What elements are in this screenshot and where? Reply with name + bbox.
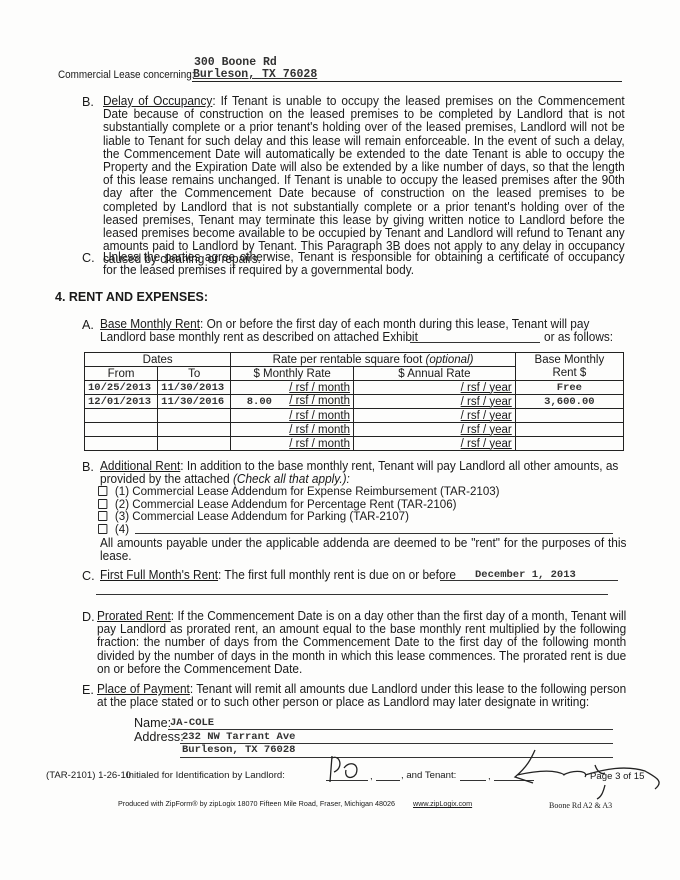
header-to: To — [158, 367, 231, 381]
payee-name-value: JA-COLE — [170, 717, 214, 729]
landlord-initials-signature — [326, 750, 376, 785]
para-4e-place-of-payment: Place of Payment: Tenant will remit all … — [97, 683, 626, 709]
lease-concerning-label: Commercial Lease concerning: — [58, 69, 194, 81]
base-rent-cell[interactable] — [515, 423, 623, 437]
to-date-cell[interactable]: 11/30/2013 — [158, 381, 231, 395]
addendum-option-3[interactable]: (3) Commercial Lease Addendum for Parkin… — [98, 510, 500, 523]
first-rent-continuation-line — [96, 594, 608, 595]
checkbox-icon[interactable] — [98, 499, 107, 509]
payee-address-line1: 232 NW Tarrant Ave — [182, 731, 295, 743]
addenda-checklist: (1) Commercial Lease Addendum for Expens… — [98, 485, 500, 535]
header-from: From — [85, 367, 158, 381]
header-monthly-rate: $ Monthly Rate — [231, 367, 354, 381]
para-4c-letter: C. — [82, 569, 95, 583]
monthly-rate-cell[interactable]: / rsf / month — [231, 381, 354, 395]
produced-by-text: Produced with ZipForm® by zipLogix 18070… — [118, 799, 395, 808]
property-address-line2: Burleson, TX 76028 — [193, 68, 317, 81]
tenant-initials-signature — [505, 745, 675, 800]
monthly-rate-cell[interactable]: / rsf / month — [231, 437, 354, 451]
first-rent-date-value: December 1, 2013 — [475, 569, 576, 581]
tenant-initials-label: , and Tenant: — [401, 770, 456, 781]
checkbox-icon[interactable] — [98, 486, 107, 496]
from-date-cell[interactable]: 12/01/2013 — [85, 395, 158, 409]
payee-name-label: Name: — [134, 716, 171, 730]
header-dates: Dates — [85, 353, 231, 367]
base-rent-cell[interactable] — [515, 437, 623, 451]
monthly-rate-cell[interactable]: / rsf / month — [231, 423, 354, 437]
to-date-cell[interactable]: 11/30/2016 — [158, 395, 231, 409]
para-3c-letter: C. — [82, 251, 95, 265]
to-date-cell[interactable] — [158, 409, 231, 423]
para-4a-letter: A. — [82, 318, 94, 332]
monthly-rate-cell[interactable]: / rsf / month — [231, 409, 354, 423]
landlord-initials-field-2[interactable] — [376, 780, 400, 781]
para-4b-letter: B. — [82, 460, 94, 474]
from-date-cell[interactable] — [85, 409, 158, 423]
monthly-rate-cell[interactable]: 8.00/ rsf / month — [231, 395, 354, 409]
base-rent-cell[interactable] — [515, 409, 623, 423]
para-3b-title: Delay of Occupancy — [103, 94, 212, 108]
annual-rate-cell[interactable]: / rsf / year — [353, 423, 515, 437]
checkbox-icon[interactable] — [98, 524, 107, 534]
from-date-cell[interactable] — [85, 437, 158, 451]
para-4e-letter: E. — [82, 683, 94, 697]
ziplogix-link[interactable]: www.zipLogix.com — [413, 799, 472, 808]
para-4d-prorated-rent: Prorated Rent: If the Commencement Date … — [97, 610, 626, 676]
para-4b-title: Additional Rent — [100, 459, 180, 473]
para-4b-footer: All amounts payable under the applicable… — [100, 537, 626, 563]
to-date-cell[interactable] — [158, 423, 231, 437]
para-4d-letter: D. — [82, 610, 95, 624]
payee-address-label: Address: — [134, 730, 184, 744]
annual-rate-cell[interactable]: / rsf / year — [353, 437, 515, 451]
para-4a-title: Base Monthly Rent — [100, 317, 200, 331]
landlord-initials-label: Initialed for Identification by Landlord… — [126, 770, 285, 781]
para-4c-title: First Full Month's Rent — [100, 568, 218, 582]
para-3c-text: Unless the parties agree otherwise, Tena… — [103, 251, 625, 277]
header-rule — [192, 81, 622, 82]
header-rate-group: Rate per rentable square foot (optional) — [231, 353, 515, 367]
para-4d-title: Prorated Rent — [97, 609, 171, 623]
para-3b-text: : If Tenant is unable to occupy the leas… — [103, 94, 625, 266]
annual-rate-cell[interactable]: / rsf / year — [353, 381, 515, 395]
header-base-rent: Base MonthlyRent $ — [515, 353, 623, 381]
base-rent-cell[interactable]: 3,600.00 — [515, 395, 623, 409]
file-reference: Boone Rd A2 & A3 — [549, 801, 612, 810]
annual-rate-cell[interactable]: / rsf / year — [353, 409, 515, 423]
rent-schedule-table: Dates Rate per rentable square foot (opt… — [84, 352, 624, 451]
section-4-heading: 4. RENT AND EXPENSES: — [55, 290, 208, 304]
from-date-cell[interactable] — [85, 423, 158, 437]
rent-table-row: / rsf / month/ rsf / year — [85, 423, 624, 437]
payee-name-field[interactable] — [168, 729, 613, 730]
tenant-initials-field-1[interactable] — [460, 780, 486, 781]
payee-address-line2: Burleson, TX 76028 — [182, 744, 295, 756]
exhibit-field[interactable] — [410, 342, 540, 343]
rent-table-row: / rsf / month/ rsf / year — [85, 437, 624, 451]
to-date-cell[interactable] — [158, 437, 231, 451]
annual-rate-cell[interactable]: / rsf / year — [353, 395, 515, 409]
checkbox-icon[interactable] — [98, 511, 107, 521]
comma-separator: , — [488, 771, 491, 782]
rent-table-row: / rsf / month/ rsf / year — [85, 409, 624, 423]
addendum-4-field[interactable] — [135, 533, 613, 534]
rent-table-row: 10/25/201311/30/2013/ rsf / month/ rsf /… — [85, 381, 624, 395]
para-4a-or-as-follows: or as follows: — [544, 331, 613, 344]
para-3b-delay-of-occupancy: Delay of Occupancy: If Tenant is unable … — [103, 95, 625, 267]
from-date-cell[interactable]: 10/25/2013 — [85, 381, 158, 395]
para-4e-title: Place of Payment — [97, 682, 190, 696]
form-id: (TAR-2101) 1-26-10 — [46, 770, 131, 781]
para-4c-line: First Full Month's Rent: The first full … — [100, 569, 456, 582]
para-3b-letter: B. — [82, 95, 94, 109]
base-rent-cell[interactable]: Free — [515, 381, 623, 395]
header-annual-rate: $ Annual Rate — [353, 367, 515, 381]
rent-table-row: 12/01/201311/30/20168.00/ rsf / month/ r… — [85, 395, 624, 409]
